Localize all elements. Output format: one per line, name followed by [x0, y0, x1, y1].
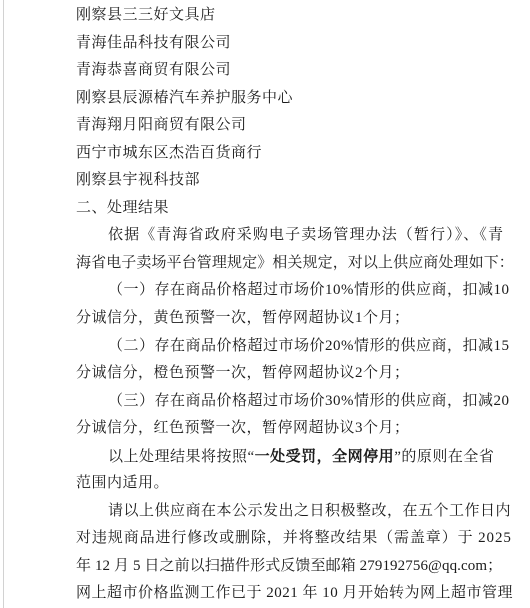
body-line: 海省电子卖场平台管理规定》相关规定，对以上供应商处理如下：	[0, 250, 530, 278]
supplier-name: 刚察县宇视科技部	[0, 167, 530, 195]
body-line-penalty-tier-1: （一）存在商品价格超过市场价10%情形的供应商，扣减10	[0, 277, 530, 305]
body-line: 分诚信分，橙色预警一次，暂停网超协议2个月；	[0, 360, 530, 388]
body-line: 分诚信分，红色预警一次，暂停网超协议3个月；	[0, 415, 530, 443]
body-line-emphasis: 以上处理结果将按照“一处受罚，全网停用”的原则在全省	[0, 443, 530, 471]
body-line: 依据《青海省政府采购电子卖场管理办法（暂行）》、《青	[0, 222, 530, 250]
supplier-name: 青海翔月阳商贸有限公司	[0, 112, 530, 140]
body-line: 请以上供应商在本公示发出之日积极整改，在五个工作日内	[0, 498, 530, 526]
document-page: 刚察县三三好文具店 青海佳品科技有限公司 青海恭喜商贸有限公司 刚察县辰源椿汽车…	[0, 0, 530, 608]
supplier-name: 刚察县三三好文具店	[0, 2, 530, 30]
emphasis-bold-text: 一处受罚，全网停用	[255, 448, 395, 465]
body-line: 分诚信分，黄色预警一次，暂停网超协议1个月；	[0, 305, 530, 333]
section-heading: 二、处理结果	[0, 195, 530, 223]
body-line-penalty-tier-3: （三）存在商品价格超过市场价30%情形的供应商，扣减20	[0, 388, 530, 416]
supplier-name: 西宁市城东区杰浩百货商行	[0, 140, 530, 168]
body-line: 网上超市价格监测工作已于 2021 年 10 月开始转为网上超市管理	[0, 580, 530, 608]
emphasis-suffix: ”的原则在全省	[394, 449, 494, 465]
body-line: 对违规商品进行修改或删除，并将整改结果（需盖章）于 2025	[0, 525, 530, 553]
supplier-name: 青海佳品科技有限公司	[0, 30, 530, 58]
body-line: 范围内适用。	[0, 470, 530, 498]
supplier-name: 青海恭喜商贸有限公司	[0, 57, 530, 85]
body-line-contact-email: 年 12 月 5 日之前以扫描件形式反馈至邮箱 279192756@qq.com…	[0, 553, 530, 581]
emphasis-prefix: 以上处理结果将按照“	[108, 449, 255, 465]
body-line-penalty-tier-2: （二）存在商品价格超过市场价20%情形的供应商，扣减15	[0, 333, 530, 361]
supplier-name: 刚察县辰源椿汽车养护服务中心	[0, 85, 530, 113]
document-content: 刚察县三三好文具店 青海佳品科技有限公司 青海恭喜商贸有限公司 刚察县辰源椿汽车…	[0, 2, 530, 608]
